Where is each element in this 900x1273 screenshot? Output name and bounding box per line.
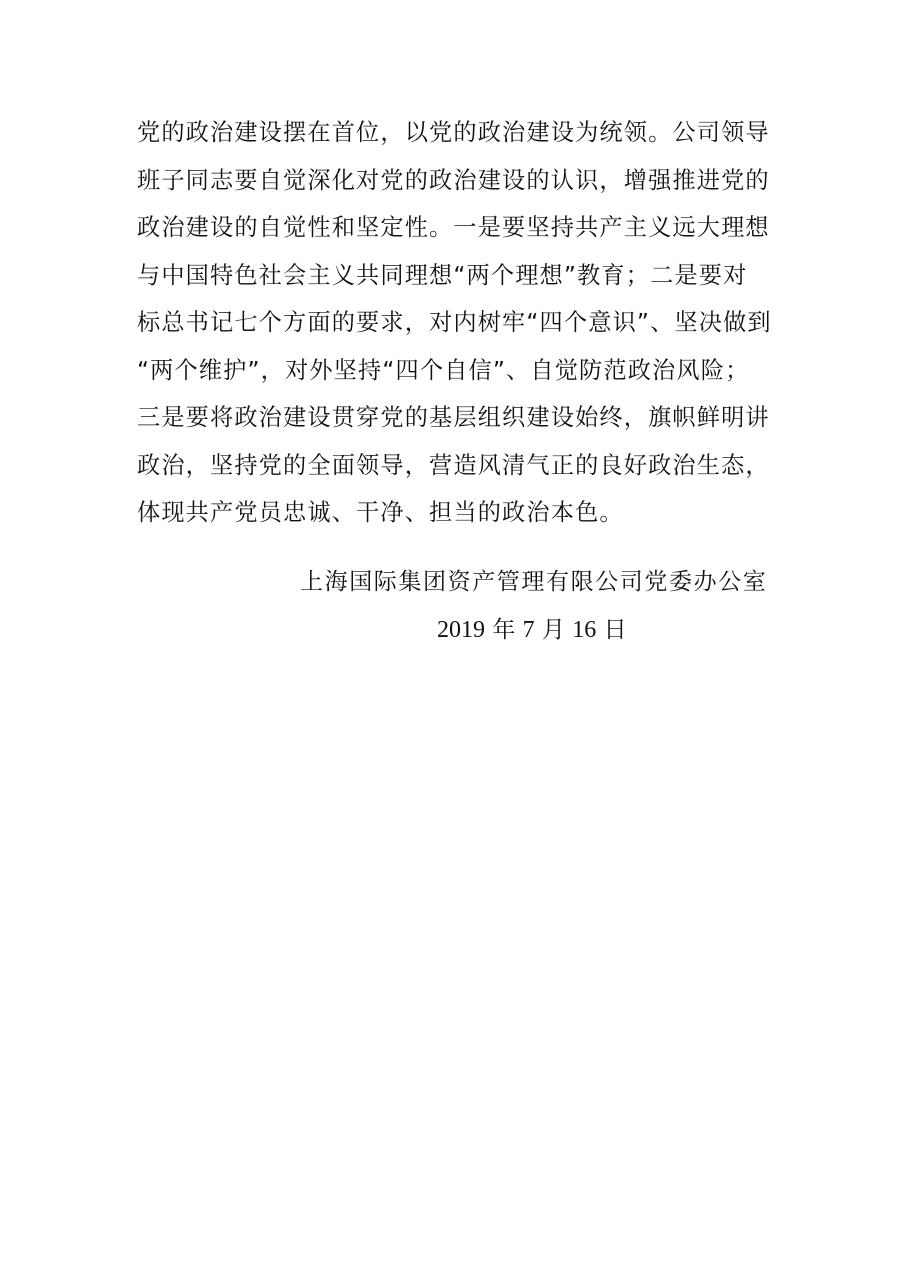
paragraph-line: 三是要将政治建设贯穿党的基层组织建设始终，旗帜鲜明讲 bbox=[137, 398, 767, 446]
document-page: 党的政治建设摆在首位，以党的政治建设为统领。公司领导 班子同志要自觉深化对党的政… bbox=[0, 0, 900, 1273]
date-day: 16 bbox=[572, 617, 596, 643]
paragraph-line: “两个维护”，对外坚持“四个自信”、自觉防范政治风险； bbox=[137, 351, 767, 399]
paragraph-line: 标总书记七个方面的要求，对内树牢“四个意识”、坚决做到 bbox=[137, 303, 767, 351]
paragraph-line: 体现共产党员忠诚、干净、担当的政治本色。 bbox=[137, 493, 767, 541]
paragraph-line: 与中国特色社会主义共同理想“两个理想”教育；二是要对 bbox=[137, 256, 767, 304]
date-year-unit: 年 bbox=[492, 617, 515, 643]
date-month: 7 bbox=[523, 617, 535, 643]
paragraph-line: 政治，坚持党的全面领导，营造风清气正的良好政治生态， bbox=[137, 446, 767, 494]
signature-organization: 上海国际集团资产管理有限公司党委办公室 bbox=[300, 562, 765, 602]
date-month-unit: 月 bbox=[542, 617, 565, 643]
date-year: 2019 bbox=[437, 617, 485, 643]
paragraph-line: 班子同志要自觉深化对党的政治建设的认识，增强推进党的 bbox=[137, 161, 767, 209]
signature-date: 2019 年 7 月 16 日 bbox=[437, 610, 627, 650]
paragraph-line: 党的政治建设摆在首位，以党的政治建设为统领。公司领导 bbox=[137, 113, 767, 161]
body-paragraph: 党的政治建设摆在首位，以党的政治建设为统领。公司领导 班子同志要自觉深化对党的政… bbox=[137, 113, 767, 541]
date-day-unit: 日 bbox=[604, 617, 627, 643]
paragraph-line: 政治建设的自觉性和坚定性。一是要坚持共产主义远大理想 bbox=[137, 208, 767, 256]
